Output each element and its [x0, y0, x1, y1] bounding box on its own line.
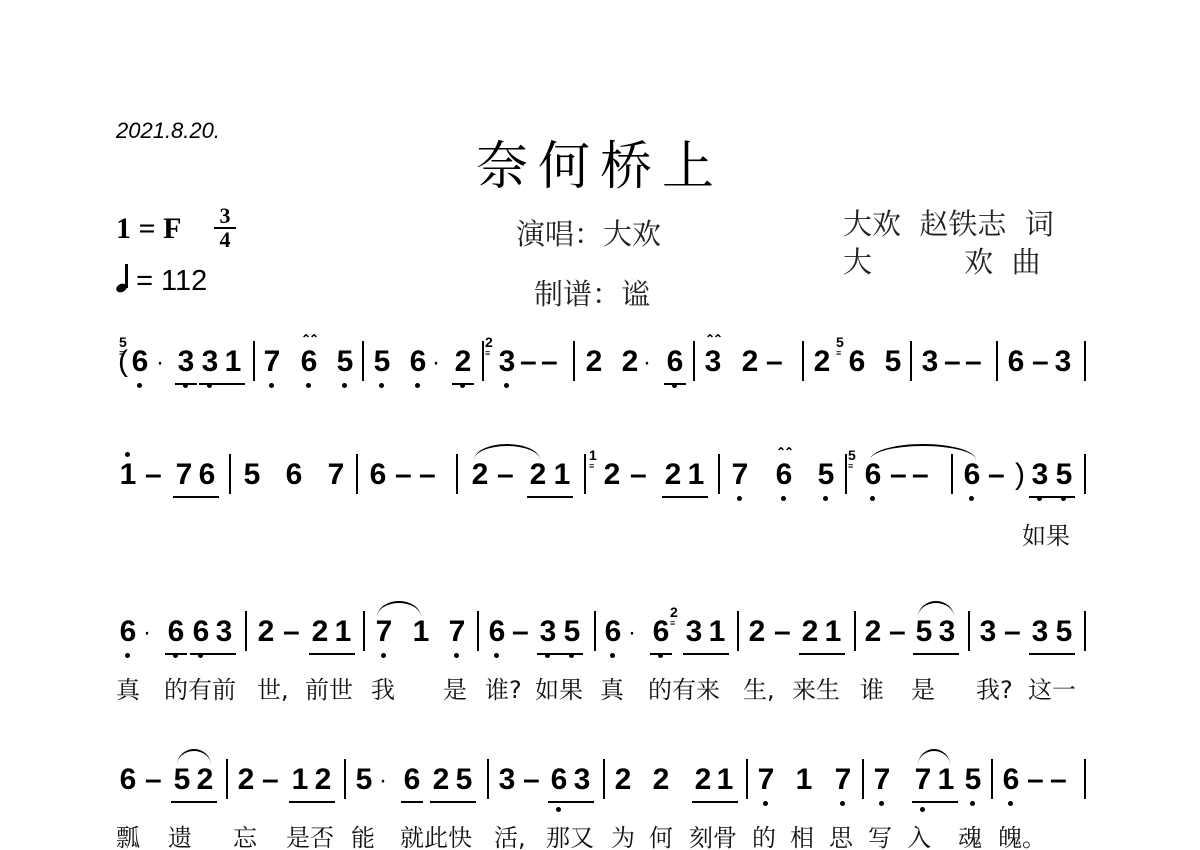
low-octave-dot: [269, 383, 274, 388]
mordent-icon: ⌃⌃: [776, 446, 792, 458]
augmentation-dot: ·: [628, 619, 636, 647]
note: 6: [196, 458, 218, 492]
low-octave-dot: [342, 383, 347, 388]
high-octave-dot: [125, 452, 130, 457]
note: 3: [1029, 615, 1051, 649]
note: 5: [561, 615, 583, 649]
note: 2: [430, 763, 452, 797]
barline: [845, 454, 847, 494]
barline: [245, 611, 247, 651]
tempo-value: = 112: [136, 265, 207, 297]
barline: [456, 454, 458, 494]
note: 2: [811, 345, 833, 379]
barline: [584, 454, 586, 494]
key-signature: 1 = F: [116, 212, 181, 246]
note: 2: [746, 615, 768, 649]
low-octave-dot: [137, 383, 142, 388]
lyric-syllable: 真: [116, 670, 140, 705]
extension-dash: –: [912, 458, 929, 492]
barline: [1084, 454, 1086, 494]
composer-credit: 大 欢 曲: [843, 240, 1041, 281]
barline: [603, 759, 605, 799]
low-octave-dot: [381, 653, 386, 658]
extension-dash: –: [944, 345, 961, 379]
beam-underline: [190, 653, 236, 655]
note: 3: [213, 615, 235, 649]
low-octave-dot: [415, 383, 420, 388]
beam-underline: [401, 801, 423, 803]
note: 6: [1000, 763, 1022, 797]
augmentation-dot: ·: [156, 349, 164, 377]
note: 3: [1052, 345, 1074, 379]
note: 3⌃⌃: [702, 345, 724, 379]
beam-underline: [289, 801, 335, 803]
lyric-syllable: 是否: [286, 818, 334, 850]
note: 2: [452, 345, 474, 379]
note: 7: [729, 458, 751, 492]
low-octave-dot: [840, 801, 845, 806]
low-octave-dot: [504, 383, 509, 388]
note: 5: [1053, 458, 1075, 492]
note: 2: [739, 345, 761, 379]
beam-underline: [1029, 496, 1075, 498]
beam-underline: [173, 496, 219, 498]
note: 2: [527, 458, 549, 492]
barline: [1084, 611, 1086, 651]
augmentation-dot: ·: [643, 349, 651, 377]
beam-underline: [199, 383, 245, 385]
lyric-syllable: 为: [611, 818, 635, 850]
barline: [229, 454, 231, 494]
barline: [693, 341, 695, 381]
barline: [718, 454, 720, 494]
note: 6: [486, 615, 508, 649]
grace-note: 5≡: [836, 335, 844, 357]
lyric-syllable: 就此快: [400, 818, 472, 850]
note: 5: [962, 763, 984, 797]
note: 2: [309, 615, 331, 649]
lyric-syllable: 前世: [305, 670, 353, 705]
beam-underline: [548, 801, 594, 803]
note: 1: [793, 763, 815, 797]
note: 3: [537, 615, 559, 649]
time-signature-bottom: 4: [214, 230, 236, 250]
note: 2: [469, 458, 491, 492]
note: 1: [822, 615, 844, 649]
beam-underline: [664, 383, 686, 385]
barline: [854, 611, 856, 651]
beam-underline: [683, 653, 729, 655]
note: 6: [117, 615, 139, 649]
mordent-icon: ⌃⌃: [705, 333, 721, 345]
extension-dash: –: [1050, 763, 1067, 797]
low-octave-dot: [125, 653, 130, 658]
note: 1: [551, 458, 573, 492]
low-octave-dot: [494, 653, 499, 658]
quarter-note-icon: [116, 264, 128, 294]
barline: [344, 759, 346, 799]
extension-dash: –: [965, 345, 982, 379]
lyric-syllable: 谁?: [485, 670, 522, 705]
extension-dash: –: [1004, 615, 1021, 649]
beam-underline: [175, 383, 197, 385]
note: 6: [165, 615, 187, 649]
extension-dash: –: [630, 458, 647, 492]
lyric-syllable: 刻骨: [689, 818, 737, 850]
grace-slash-icon: ≡: [589, 462, 597, 470]
beam-underline: [165, 653, 187, 655]
low-octave-dot: [763, 801, 768, 806]
barline: [951, 454, 953, 494]
extension-dash: –: [512, 615, 529, 649]
extension-dash: –: [541, 345, 558, 379]
note: 7: [832, 763, 854, 797]
barline: [1084, 341, 1086, 381]
note: 2: [255, 615, 277, 649]
grace-slash-icon: ≡: [836, 349, 844, 357]
note: 6: [664, 345, 686, 379]
note: 6: [401, 763, 423, 797]
low-octave-dot: [306, 383, 311, 388]
note: 2: [799, 615, 821, 649]
barline: [1084, 759, 1086, 799]
tempo-marking: = 112: [116, 264, 207, 298]
grace-note: 5≡: [848, 448, 856, 470]
time-signature-top: 3: [214, 206, 236, 226]
barline: [594, 611, 596, 651]
note: 6: [548, 763, 570, 797]
lyric-syllable: 何: [649, 818, 673, 850]
song-title: 奈何桥上: [0, 124, 1200, 199]
low-octave-dot: [556, 807, 561, 812]
low-octave-dot: [970, 801, 975, 806]
extension-dash: –: [766, 345, 783, 379]
note: 5: [241, 458, 263, 492]
grace-note: 1≡: [589, 448, 597, 470]
extension-dash: –: [889, 615, 906, 649]
note: 6: [846, 345, 868, 379]
note: 3: [496, 763, 518, 797]
note: 2: [583, 345, 605, 379]
barline: [802, 341, 804, 381]
note: 6⌃⌃: [298, 345, 320, 379]
barline: [862, 759, 864, 799]
lyric-syllable: 世,: [257, 670, 289, 705]
extension-dash: –: [1027, 763, 1044, 797]
note: 1: [706, 615, 728, 649]
note: 1: [935, 763, 957, 797]
beam-underline: [1029, 653, 1075, 655]
grace-note: 5≡: [119, 335, 127, 357]
lyric-syllable: 活,: [494, 818, 526, 850]
barline: [910, 341, 912, 381]
barline: [482, 341, 484, 381]
note: 2: [650, 763, 672, 797]
barline: [477, 611, 479, 651]
note: 3: [496, 345, 518, 379]
note: 3: [1029, 458, 1051, 492]
note: 3: [571, 763, 593, 797]
note: 3: [683, 615, 705, 649]
low-octave-dot: [920, 807, 925, 812]
lyric-syllable: 魄。: [998, 818, 1046, 850]
extension-dash: –: [395, 458, 412, 492]
low-octave-dot: [781, 496, 786, 501]
barline: [737, 611, 739, 651]
lyric-syllable: 如果: [535, 670, 583, 705]
lyric-syllable: 的有来: [648, 670, 720, 705]
note: 7: [755, 763, 777, 797]
low-octave-dot: [823, 496, 828, 501]
barline: [746, 759, 748, 799]
beam-underline: [912, 801, 958, 803]
extension-dash: –: [523, 763, 540, 797]
beam-underline: [527, 496, 573, 498]
lyricist-credit: 大欢 赵铁志 词: [843, 202, 1054, 243]
lyric-syllable: 是: [443, 670, 467, 705]
note: 1: [332, 615, 354, 649]
lyric-syllable: 的: [752, 818, 776, 850]
beam-underline: [309, 653, 355, 655]
note: 5: [815, 458, 837, 492]
beam-underline: [452, 383, 474, 385]
barline: [573, 341, 575, 381]
note: 2: [692, 763, 714, 797]
barline: [253, 341, 255, 381]
lyric-syllable: 这一: [1028, 670, 1076, 705]
intro-parenthesis: ): [1015, 458, 1025, 492]
note: 3: [175, 345, 197, 379]
grace-slash-icon: ≡: [119, 349, 127, 357]
lyric-syllable: 遗: [168, 818, 192, 850]
low-octave-dot: [1008, 801, 1013, 806]
note: 1: [714, 763, 736, 797]
note: 5: [171, 763, 193, 797]
beam-underline: [537, 653, 583, 655]
note: 7: [373, 615, 395, 649]
note: 2: [612, 763, 634, 797]
extension-dash: –: [283, 615, 300, 649]
beam-underline: [171, 801, 217, 803]
lyric-syllable: 是: [911, 670, 935, 705]
grace-slash-icon: ≡: [670, 619, 678, 627]
note: 2: [235, 763, 257, 797]
barline: [487, 759, 489, 799]
lyric-syllable: 的有前: [164, 670, 236, 705]
lyric-syllable: 如果: [1022, 516, 1070, 551]
lyric-syllable: 那又: [546, 818, 594, 850]
lyric-syllable: 真: [600, 670, 624, 705]
barline: [363, 611, 365, 651]
grace-note: 2≡: [670, 605, 678, 627]
extension-dash: –: [520, 345, 537, 379]
note: 1: [222, 345, 244, 379]
lyric-syllable: 瓢: [116, 818, 140, 850]
note: 7: [173, 458, 195, 492]
beam-underline: [692, 801, 738, 803]
lyric-syllable: 相: [790, 818, 814, 850]
note: 1: [685, 458, 707, 492]
note: 7: [446, 615, 468, 649]
note: 6: [367, 458, 389, 492]
note: 6: [862, 458, 884, 492]
beam-underline: [913, 653, 959, 655]
note: 6: [283, 458, 305, 492]
note: 5: [453, 763, 475, 797]
note: 6: [190, 615, 212, 649]
low-octave-dot: [379, 383, 384, 388]
extension-dash: –: [497, 458, 514, 492]
note: 7: [261, 345, 283, 379]
note: 7: [871, 763, 893, 797]
note: 5: [882, 345, 904, 379]
lyric-syllable: 我: [371, 670, 395, 705]
note: 2: [862, 615, 884, 649]
lyric-syllable: 来生: [792, 670, 840, 705]
note: 6⌃⌃: [773, 458, 795, 492]
note: 1: [289, 763, 311, 797]
note: 7: [325, 458, 347, 492]
time-signature: 3 4: [214, 206, 236, 250]
lyric-syllable: 能: [351, 818, 375, 850]
note: 5: [371, 345, 393, 379]
note: 5: [913, 615, 935, 649]
extension-dash: –: [419, 458, 436, 492]
lyric-syllable: 入: [907, 818, 931, 850]
note: 5: [353, 763, 375, 797]
note: 2: [312, 763, 334, 797]
low-octave-dot: [879, 801, 884, 806]
low-octave-dot: [969, 496, 974, 501]
lyric-syllable: 忘: [233, 818, 257, 850]
low-octave-dot: [454, 653, 459, 658]
extension-dash: –: [1032, 345, 1049, 379]
barline: [226, 759, 228, 799]
lyric-syllable: 写: [868, 818, 892, 850]
beam-underline: [662, 496, 708, 498]
mordent-icon: ⌃⌃: [301, 333, 317, 345]
lyric-syllable: 魂: [958, 818, 982, 850]
note: 7: [912, 763, 934, 797]
note: 6: [650, 615, 672, 649]
note: 6: [1005, 345, 1027, 379]
note: 6: [602, 615, 624, 649]
lyric-syllable: 思: [829, 818, 853, 850]
extension-dash: –: [145, 763, 162, 797]
barline: [362, 341, 364, 381]
note: 3: [936, 615, 958, 649]
lyric-syllable: 生,: [743, 670, 775, 705]
singer-credit: 演唱：大欢: [516, 212, 661, 253]
note: 3: [977, 615, 999, 649]
grace-slash-icon: ≡: [485, 349, 493, 357]
note: 1: [410, 615, 432, 649]
beam-underline: [799, 653, 845, 655]
note: 5: [1053, 615, 1075, 649]
extension-dash: –: [890, 458, 907, 492]
note: 3: [919, 345, 941, 379]
augmentation-dot: ·: [432, 349, 440, 377]
lyric-syllable: 我?: [976, 670, 1013, 705]
beam-underline: [650, 653, 672, 655]
extension-dash: –: [988, 458, 1005, 492]
note: 6: [129, 345, 151, 379]
beam-underline: [430, 801, 476, 803]
note: 1: [117, 458, 139, 492]
note: 6: [117, 763, 139, 797]
note: 2: [601, 458, 623, 492]
barline: [991, 759, 993, 799]
note: 2: [619, 345, 641, 379]
augmentation-dot: ·: [143, 619, 151, 647]
lyric-syllable: 谁: [860, 670, 884, 705]
low-octave-dot: [737, 496, 742, 501]
low-octave-dot: [610, 653, 615, 658]
grace-note: 2≡: [485, 335, 493, 357]
barline: [356, 454, 358, 494]
note: 2: [194, 763, 216, 797]
grace-slash-icon: ≡: [848, 462, 856, 470]
extension-dash: –: [262, 763, 279, 797]
scribe-credit: 制谱：谧: [534, 272, 650, 313]
barline: [968, 611, 970, 651]
note: 5: [334, 345, 356, 379]
note: 6: [961, 458, 983, 492]
extension-dash: –: [145, 458, 162, 492]
low-octave-dot: [870, 496, 875, 501]
note: 3: [199, 345, 221, 379]
barline: [996, 341, 998, 381]
note: 2: [662, 458, 684, 492]
augmentation-dot: ·: [379, 767, 387, 795]
note: 6: [407, 345, 429, 379]
extension-dash: –: [774, 615, 791, 649]
